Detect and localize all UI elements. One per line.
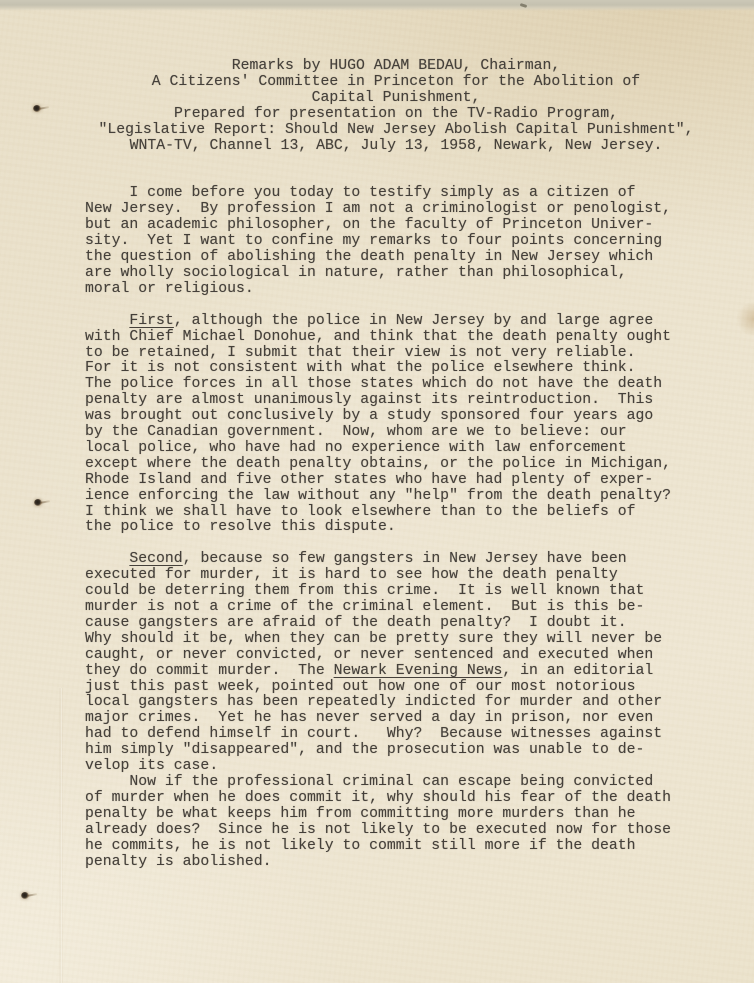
typed-line: moral or religious. bbox=[85, 282, 707, 298]
typed-line: local gangsters has been repeatedly indi… bbox=[85, 695, 707, 711]
typed-line bbox=[85, 536, 707, 552]
typed-line: Why should it be, when they can be prett… bbox=[85, 632, 707, 648]
typed-line: The police forces in all those states wh… bbox=[85, 377, 707, 393]
scanned-document: Remarks by HUGO ADAM BEDAU, Chairman,A C… bbox=[0, 0, 754, 983]
title-line: WNTA-TV, Channel 13, ABC, July 13, 1958,… bbox=[85, 139, 707, 155]
typed-line: First, although the police in New Jersey… bbox=[85, 314, 707, 330]
typed-line: I come before you today to testify simpl… bbox=[85, 186, 707, 202]
typed-line: penalty be what keeps him from committin… bbox=[85, 807, 707, 823]
typed-line: ience enforcing the law without any "hel… bbox=[85, 489, 707, 505]
typed-line: had to defend himself in court. Why? Bec… bbox=[85, 727, 707, 743]
typed-line: penalty are almost unanimously against i… bbox=[85, 393, 707, 409]
typed-line: murder is not a crime of the criminal el… bbox=[85, 600, 707, 616]
typed-line: cause gangsters are afraid of the death … bbox=[85, 616, 707, 632]
typed-line: was brought out conclusively by a study … bbox=[85, 409, 707, 425]
paper-crease bbox=[59, 688, 63, 983]
typed-line: he commits, he is not likely to commit s… bbox=[85, 839, 707, 855]
typed-line: but an academic philosopher, on the facu… bbox=[85, 218, 707, 234]
title-line: "Legislative Report: Should New Jersey A… bbox=[85, 123, 707, 139]
typed-line: him simply "disappeared", and the prosec… bbox=[85, 743, 707, 759]
typed-line bbox=[85, 298, 707, 314]
typed-line: local police, who have had no experience… bbox=[85, 441, 707, 457]
typed-line: major crimes. Yet he has never served a … bbox=[85, 711, 707, 727]
typed-line: the question of abolishing the death pen… bbox=[85, 250, 707, 266]
typed-line: the police to resolve this dispute. bbox=[85, 520, 707, 536]
paper-stain bbox=[733, 302, 754, 336]
typed-line: with Chief Michael Donohue, and think th… bbox=[85, 330, 707, 346]
paper-page: Remarks by HUGO ADAM BEDAU, Chairman,A C… bbox=[0, 0, 754, 983]
typed-content: Remarks by HUGO ADAM BEDAU, Chairman,A C… bbox=[85, 59, 707, 870]
title-block: Remarks by HUGO ADAM BEDAU, Chairman,A C… bbox=[85, 59, 707, 154]
staple-mark bbox=[30, 496, 52, 509]
typed-body: I come before you today to testify simpl… bbox=[85, 186, 707, 870]
typed-line: Now if the professional criminal can esc… bbox=[85, 775, 707, 791]
title-line: Remarks by HUGO ADAM BEDAU, Chairman, bbox=[85, 59, 707, 75]
typed-line: New Jersey. By profession I am not a cri… bbox=[85, 202, 707, 218]
typed-line: Second, because so few gangsters in New … bbox=[85, 552, 707, 568]
title-line: A Citizens' Committee in Princeton for t… bbox=[85, 75, 707, 91]
typed-line: except where the death penalty obtains, … bbox=[85, 457, 707, 473]
typed-line: are wholly sociological in nature, rathe… bbox=[85, 266, 707, 282]
typed-line: they do commit murder. The Newark Evenin… bbox=[85, 664, 707, 680]
staple-mark bbox=[17, 889, 39, 902]
typed-line: penalty is abolished. bbox=[85, 855, 707, 871]
title-line: Prepared for presentation on the TV-Radi… bbox=[85, 107, 707, 123]
typed-line: by the Canadian government. Now, whom ar… bbox=[85, 425, 707, 441]
typed-line: Rhode Island and five other states who h… bbox=[85, 473, 707, 489]
typed-line: For it is not consistent with what the p… bbox=[85, 361, 707, 377]
typed-line: executed for murder, it is hard to see h… bbox=[85, 568, 707, 584]
typed-line: sity. Yet I want to confine my remarks t… bbox=[85, 234, 707, 250]
typed-line: caught, or never convicted, or never sen… bbox=[85, 648, 707, 664]
scan-edge-top bbox=[0, 0, 754, 11]
title-line: Capital Punishment, bbox=[85, 91, 707, 107]
typed-line: velop its case. bbox=[85, 759, 707, 775]
typed-line: of murder when he does commit it, why sh… bbox=[85, 791, 707, 807]
staple-mark bbox=[29, 102, 51, 115]
typed-line: could be deterring them from this crime.… bbox=[85, 584, 707, 600]
typed-line: already does? Since he is not likely to … bbox=[85, 823, 707, 839]
